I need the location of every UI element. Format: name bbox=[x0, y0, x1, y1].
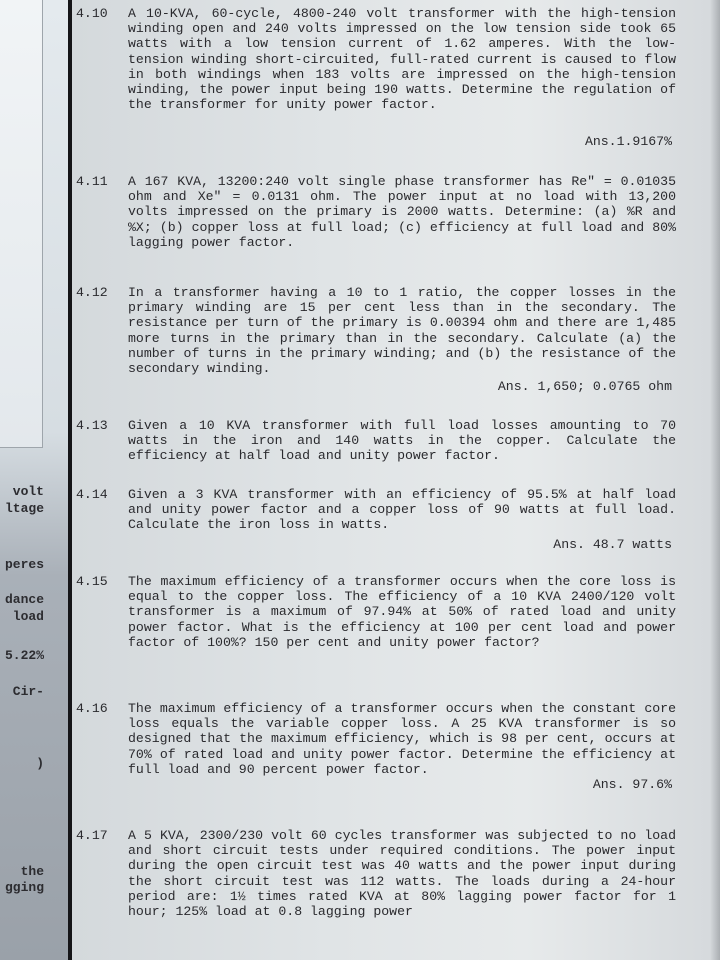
problem-4-12: 4.12 In a transformer having a 10 to 1 r… bbox=[76, 285, 676, 394]
problem-text: A 5 KVA, 2300/230 volt 60 cycles transfo… bbox=[128, 828, 676, 919]
problem-4-10: 4.10 A 10-KVA, 60-cycle, 4800-240 volt t… bbox=[76, 6, 676, 150]
fragment-text: the bbox=[21, 864, 44, 879]
problem-number: 4.16 bbox=[76, 701, 126, 716]
problem-number: 4.11 bbox=[76, 174, 126, 189]
fragment-text: dance bbox=[5, 592, 44, 607]
problem-text: The maximum efficiency of a transformer … bbox=[128, 701, 676, 777]
problem-4-16: 4.16 The maximum efficiency of a transfo… bbox=[76, 701, 676, 792]
problem-text: A 167 KVA, 13200:240 volt single phase t… bbox=[128, 174, 676, 250]
problem-number: 4.13 bbox=[76, 418, 126, 433]
fragment-text: ) bbox=[36, 756, 44, 771]
fragment-text: ltage bbox=[5, 501, 44, 516]
problem-text: In a transformer having a 10 to 1 ratio,… bbox=[128, 285, 676, 376]
problem-text: The maximum efficiency of a transformer … bbox=[128, 574, 676, 650]
white-card-overlay bbox=[0, 0, 43, 448]
problem-text: Given a 10 KVA transformer with full loa… bbox=[128, 418, 676, 464]
problem-answer: Ans. 97.6% bbox=[76, 777, 676, 792]
fragment-text: peres bbox=[5, 557, 44, 572]
fragment-text: Cir- bbox=[13, 684, 44, 699]
problem-answer: Ans.1.9167% bbox=[76, 134, 676, 149]
problem-number: 4.12 bbox=[76, 285, 126, 300]
problem-4-11: 4.11 A 167 KVA, 13200:240 volt single ph… bbox=[76, 174, 676, 250]
problem-text: Given a 3 KVA transformer with an effici… bbox=[128, 487, 676, 533]
problem-number: 4.17 bbox=[76, 828, 126, 843]
fragment-text: gging bbox=[5, 880, 44, 895]
problem-4-13: 4.13 Given a 10 KVA transformer with ful… bbox=[76, 418, 676, 464]
problem-4-14: 4.14 Given a 3 KVA transformer with an e… bbox=[76, 487, 676, 552]
textbook-page: 4.10 A 10-KVA, 60-cycle, 4800-240 volt t… bbox=[72, 0, 720, 960]
fragment-text: volt bbox=[13, 484, 44, 499]
problem-number: 4.10 bbox=[76, 6, 126, 21]
problem-4-17: 4.17 A 5 KVA, 2300/230 volt 60 cycles tr… bbox=[76, 828, 676, 919]
problem-number: 4.15 bbox=[76, 574, 126, 589]
fragment-text: load bbox=[13, 609, 44, 624]
problem-number: 4.14 bbox=[76, 487, 126, 502]
problem-text: A 10-KVA, 60-cycle, 4800-240 volt transf… bbox=[128, 6, 676, 112]
problem-4-15: 4.15 The maximum efficiency of a transfo… bbox=[76, 574, 676, 650]
problem-answer: Ans. 1,650; 0.0765 ohm bbox=[76, 379, 676, 394]
problem-answer: Ans. 48.7 watts bbox=[76, 537, 676, 552]
left-facing-page: volt ltage peres dance load 5.22% Cir- )… bbox=[0, 0, 72, 960]
fragment-text: 5.22% bbox=[5, 648, 44, 663]
